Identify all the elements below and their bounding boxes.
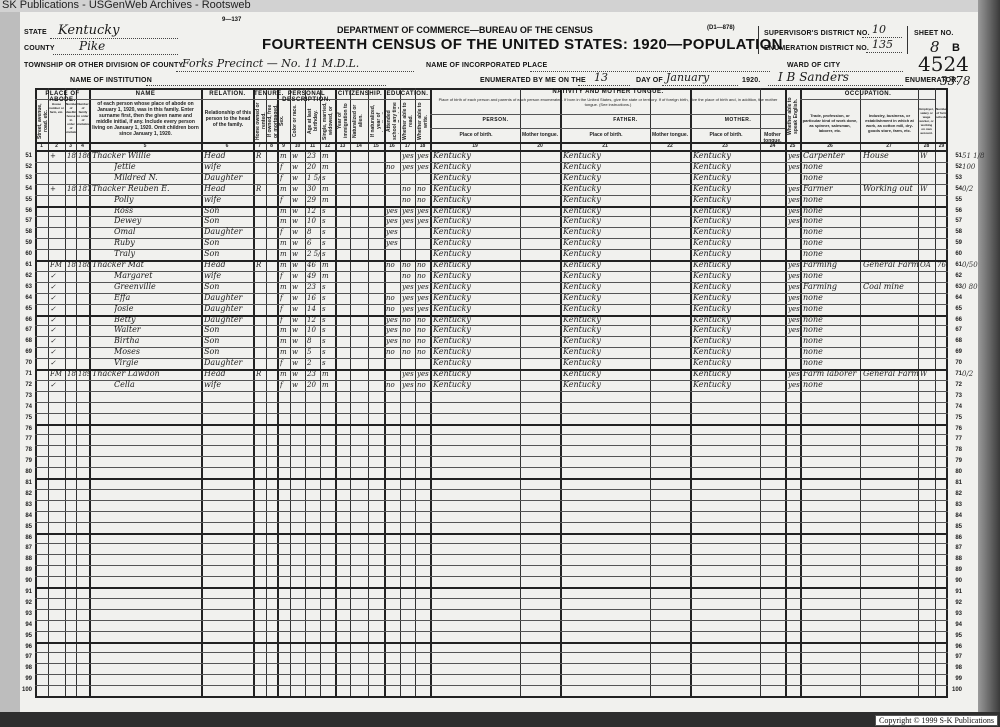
- cell-c16: yes: [386, 216, 400, 226]
- column-number: 28: [918, 143, 935, 149]
- col1-header: Street, avenue, road, etc.: [37, 102, 47, 140]
- grid-vline: [350, 88, 351, 698]
- grid-hline: [35, 99, 430, 100]
- grid-hline: [35, 598, 948, 599]
- cell-relation: Son: [204, 206, 253, 216]
- line-number-left: 96: [18, 644, 32, 650]
- cell-relation: Son: [204, 216, 253, 226]
- margin-annotation: 0/2: [962, 370, 973, 378]
- column-number: 17: [400, 143, 415, 149]
- line-number-right: 84: [948, 513, 962, 519]
- cell-trade: none: [803, 195, 860, 205]
- cell-name: Thacker Lawdon: [92, 369, 201, 379]
- cell-c28: W: [920, 369, 935, 379]
- cell-race: w: [292, 184, 305, 194]
- cell-mother_birth: Kentucky: [693, 238, 760, 248]
- cell-c16: no: [386, 380, 400, 390]
- grid-hline: [35, 478, 948, 480]
- cell-birth: Kentucky: [433, 173, 520, 183]
- grid-hline: [35, 663, 948, 664]
- grid-hline: [35, 445, 948, 446]
- cell-c17: yes: [402, 293, 415, 303]
- line-number-left: 76: [18, 426, 32, 432]
- enumerated-month-field: January: [662, 75, 738, 86]
- cell-sex: m: [280, 369, 290, 379]
- cell-industry: Coal mine: [863, 282, 918, 292]
- grid-vline: [860, 88, 861, 698]
- grid-hline: [35, 565, 948, 566]
- cell-mother_birth: Kentucky: [693, 315, 760, 325]
- grid-hline: [430, 128, 785, 129]
- grid-vline: [520, 88, 521, 698]
- cell-father_birth: Kentucky: [563, 260, 650, 270]
- col14-header: Naturalized or alien.: [352, 102, 366, 140]
- cell-age: 23: [307, 282, 320, 292]
- cell-mother_birth: Kentucky: [693, 151, 760, 161]
- cell-english: yes: [788, 304, 800, 314]
- cell-father_birth: Kentucky: [563, 216, 650, 226]
- form-number: 9—137: [222, 17, 241, 23]
- line-number-right: 91: [948, 589, 962, 595]
- line-number-left: 61: [18, 262, 32, 268]
- cell-father_birth: Kentucky: [563, 162, 650, 172]
- name-column-instructions: of each person whose place of abode on J…: [92, 101, 199, 137]
- line-number-right: 78: [948, 447, 962, 453]
- cell-c2: ✓: [50, 347, 65, 357]
- cell-marital: s: [322, 325, 335, 335]
- cell-c17: yes: [402, 380, 415, 390]
- cell-english: yes: [788, 325, 800, 335]
- line-number-right: 82: [948, 491, 962, 497]
- group-education: EDUCATION.: [385, 91, 430, 97]
- line-number-right: 58: [948, 229, 962, 235]
- township-label: Township or other division of county: [24, 62, 183, 69]
- cell-race: w: [292, 238, 305, 248]
- cell-relation: Head: [204, 184, 253, 194]
- cell-father_birth: Kentucky: [563, 315, 650, 325]
- cell-c2: FM: [50, 260, 65, 270]
- cell-birth: Kentucky: [433, 358, 520, 368]
- cell-c2: ✓: [50, 282, 65, 292]
- line-number-right: 80: [948, 469, 962, 475]
- cell-c17: no: [402, 260, 415, 270]
- cell-c2: ✓: [50, 293, 65, 303]
- line-number-right: 74: [948, 404, 962, 410]
- cell-english: yes: [788, 206, 800, 216]
- cell-sex: f: [280, 315, 290, 325]
- grid-vline: [785, 88, 787, 698]
- cell-birth: Kentucky: [433, 336, 520, 346]
- grid-vline: [277, 88, 279, 698]
- grid-hline: [35, 456, 948, 457]
- sheet-label: Sheet No.: [914, 30, 954, 37]
- line-number-left: 100: [18, 687, 32, 693]
- cell-birth: Kentucky: [433, 151, 520, 161]
- cell-sex: f: [280, 358, 290, 368]
- line-number-right: 57: [948, 218, 962, 224]
- cell-c17: yes: [402, 151, 415, 161]
- cell-c17: no: [402, 336, 415, 346]
- cell-relation: Son: [204, 249, 253, 259]
- cell-mother_birth: Kentucky: [693, 325, 760, 335]
- margin-annotation: 0/2: [962, 185, 973, 193]
- cell-mother_birth: Kentucky: [693, 336, 760, 346]
- grid-hline: [35, 696, 948, 698]
- cell-mother_birth: Kentucky: [693, 293, 760, 303]
- cell-c18: no: [417, 380, 430, 390]
- cell-mother_birth: Kentucky: [693, 227, 760, 237]
- cell-marital: s: [322, 249, 335, 259]
- cell-trade: none: [803, 173, 860, 183]
- cell-mother_birth: Kentucky: [693, 216, 760, 226]
- cell-father_birth: Kentucky: [563, 336, 650, 346]
- cell-race: w: [292, 260, 305, 270]
- column-number: 10: [290, 143, 305, 149]
- cell-c16: yes: [386, 206, 400, 216]
- cell-father_birth: Kentucky: [563, 151, 650, 161]
- grid-hline: [430, 114, 785, 115]
- line-number-right: 73: [948, 393, 962, 399]
- column-number: 13: [335, 143, 350, 149]
- line-number-right: 86: [948, 535, 962, 541]
- line-number-right: 93: [948, 611, 962, 617]
- cell-c16: no: [386, 347, 400, 357]
- line-number-left: 71: [18, 371, 32, 377]
- line-number-left: 73: [18, 393, 32, 399]
- column-number: 26: [800, 143, 860, 149]
- cell-english: yes: [788, 315, 800, 325]
- line-number-right: 53: [948, 175, 962, 181]
- cell-c4: 187: [78, 184, 89, 194]
- scan-edge-right: [978, 0, 1000, 727]
- line-number-left: 66: [18, 317, 32, 323]
- col11-header: Age at last birthday.: [307, 102, 319, 140]
- group-tenure: TENURE.: [254, 91, 277, 97]
- enumerated-year: 1920.: [742, 77, 761, 84]
- line-number-left: 85: [18, 524, 32, 530]
- grid-hline: [35, 533, 948, 535]
- col3-header: Number of dwelling house in order of vis…: [66, 102, 76, 140]
- column-number: 12: [320, 143, 335, 149]
- column-number: 19: [430, 143, 520, 149]
- grid-vline: [320, 88, 321, 698]
- cell-c2: ✓: [50, 315, 65, 325]
- ward-field: [833, 61, 903, 72]
- cell-birth: Kentucky: [433, 162, 520, 172]
- cell-marital: s: [322, 216, 335, 226]
- line-number-left: 60: [18, 251, 32, 257]
- cell-industry: General Farm: [863, 260, 918, 270]
- cell-c28: W: [920, 184, 935, 194]
- cell-relation: Son: [204, 238, 253, 248]
- line-number-left: 65: [18, 306, 32, 312]
- cell-trade: none: [803, 304, 860, 314]
- cell-father_birth: Kentucky: [563, 173, 650, 183]
- cell-c18: yes: [417, 282, 430, 292]
- cell-trade: none: [803, 162, 860, 172]
- line-number-right: 72: [948, 382, 962, 388]
- line-number-left: 64: [18, 295, 32, 301]
- cell-c7: R: [256, 369, 266, 379]
- grid-vline: [415, 88, 416, 698]
- cell-birth: Kentucky: [433, 347, 520, 357]
- grid-vline: [690, 88, 692, 698]
- cell-sex: m: [280, 347, 290, 357]
- line-number-left: 75: [18, 415, 32, 421]
- line-number-left: 77: [18, 436, 32, 442]
- line-number-left: 84: [18, 513, 32, 519]
- cell-sex: m: [280, 282, 290, 292]
- line-number-left: 59: [18, 240, 32, 246]
- column-number: 15: [368, 143, 384, 149]
- column-number: 4: [76, 143, 89, 149]
- grid-vline: [918, 88, 919, 698]
- col8-header: If owned, free or mortgaged.: [267, 102, 277, 140]
- cell-age: 10: [307, 216, 320, 226]
- grid-vline: [89, 88, 91, 698]
- group-citizenship: CITIZENSHIP.: [336, 91, 384, 97]
- cell-relation: Daughter: [204, 227, 253, 237]
- cell-age: 1 5/12: [307, 173, 320, 183]
- line-number-left: 79: [18, 458, 32, 464]
- line-number-left: 90: [18, 578, 32, 584]
- grid-hline: [35, 652, 948, 653]
- line-number-right: 85: [948, 524, 962, 530]
- grid-vline: [800, 88, 802, 698]
- cell-marital: m: [322, 151, 335, 161]
- cell-marital: m: [322, 260, 335, 270]
- cell-birth: Kentucky: [433, 227, 520, 237]
- cell-race: w: [292, 282, 305, 292]
- cell-c18: no: [417, 260, 430, 270]
- cell-english: yes: [788, 162, 800, 172]
- cell-english: yes: [788, 271, 800, 281]
- cell-c2: ✓: [50, 358, 65, 368]
- township-field: Forks Precinct — No. 11 M.D.L.: [176, 61, 414, 72]
- scan-edge-bottom: [0, 712, 1000, 727]
- cell-industry: House: [863, 151, 918, 161]
- cell-c18: no: [417, 271, 430, 281]
- cell-industry: General Farm: [863, 369, 918, 379]
- grid-hline: [35, 402, 948, 403]
- cell-trade: Farm laborer: [803, 369, 860, 379]
- supervisor-district-label: Supervisor's District No.: [764, 30, 870, 37]
- cell-race: w: [292, 151, 305, 161]
- line-number-left: 98: [18, 665, 32, 671]
- cell-c2: +: [50, 184, 65, 194]
- margin-annotation: 0 80: [962, 283, 978, 291]
- cell-c17: yes: [402, 162, 415, 172]
- line-number-right: 92: [948, 600, 962, 606]
- cell-c16: yes: [386, 336, 400, 346]
- cell-english: yes: [788, 260, 800, 270]
- col19-header: Place of birth.: [433, 132, 519, 138]
- cell-c18: yes: [417, 206, 430, 216]
- cell-marital: s: [322, 293, 335, 303]
- cell-sex: f: [280, 173, 290, 183]
- grid-vline: [266, 88, 267, 698]
- column-number: 5: [89, 143, 201, 149]
- grid-hline: [35, 631, 948, 632]
- column-number: 23: [690, 143, 760, 149]
- cell-father_birth: Kentucky: [563, 184, 650, 194]
- cell-name: Thacker Willie: [92, 151, 201, 161]
- column-number: 29: [935, 143, 948, 149]
- cell-c18: yes: [417, 293, 430, 303]
- county-label: County: [24, 45, 55, 52]
- cell-c2: FM: [50, 369, 65, 379]
- cell-c2: ✓: [50, 304, 65, 314]
- column-number: 24: [760, 143, 785, 149]
- grid-hline: [35, 620, 948, 621]
- cell-father_birth: Kentucky: [563, 206, 650, 216]
- col26-header: Trade, profession, or particular kind of…: [802, 113, 858, 133]
- line-number-right: 90: [948, 578, 962, 584]
- cell-age: 2: [307, 358, 320, 368]
- cell-industry: Working out: [863, 184, 918, 194]
- column-number: 11: [305, 143, 320, 149]
- cell-birth: Kentucky: [433, 184, 520, 194]
- cell-c17: yes: [402, 282, 415, 292]
- cell-c16: no: [386, 304, 400, 314]
- cell-mother_birth: Kentucky: [693, 347, 760, 357]
- col22-header: Mother tongue.: [651, 132, 689, 138]
- state-field: Kentucky: [50, 28, 178, 39]
- cell-mother_birth: Kentucky: [693, 282, 760, 292]
- cell-age: 5: [307, 347, 320, 357]
- cell-c17: no: [402, 271, 415, 281]
- grid-vline: [760, 88, 761, 698]
- cell-age: 46: [307, 260, 320, 270]
- cell-marital: s: [322, 282, 335, 292]
- cell-race: w: [292, 293, 305, 303]
- cell-c28: OA: [920, 260, 935, 270]
- line-number-left: 68: [18, 338, 32, 344]
- cell-trade: none: [803, 249, 860, 259]
- cell-marital: s: [322, 238, 335, 248]
- cell-birth: Kentucky: [433, 380, 520, 390]
- cell-sex: m: [280, 325, 290, 335]
- line-number-right: 55: [948, 197, 962, 203]
- enumeration-district-field: 135: [866, 42, 902, 53]
- grid-vline: [305, 88, 306, 698]
- line-number-left: 53: [18, 175, 32, 181]
- stamp-number: 4524: [918, 52, 969, 76]
- cell-c7: R: [256, 260, 266, 270]
- cell-relation: Head: [204, 260, 253, 270]
- group-name: NAME: [90, 91, 201, 97]
- line-number-right: 77: [948, 436, 962, 442]
- cell-c18: no: [417, 315, 430, 325]
- cell-father_birth: Kentucky: [563, 249, 650, 259]
- cell-age: 6: [307, 238, 320, 248]
- cell-sex: m: [280, 336, 290, 346]
- copyright-notice: Copyright © 1999 S-K Publications: [875, 715, 998, 726]
- column-number: 7: [253, 143, 266, 149]
- enumerated-day-field: 13: [578, 75, 630, 86]
- cell-age: 2 5/12: [307, 249, 320, 259]
- line-number-left: 58: [18, 229, 32, 235]
- cell-c3: 187: [67, 260, 76, 270]
- line-number-right: 63: [948, 284, 962, 290]
- cell-marital: m: [322, 184, 335, 194]
- grid-vline: [560, 88, 562, 698]
- cell-c18: yes: [417, 162, 430, 172]
- line-number-left: 52: [18, 164, 32, 170]
- incorporated-place-field: [530, 61, 770, 72]
- cell-birth: Kentucky: [433, 195, 520, 205]
- cell-sex: f: [280, 293, 290, 303]
- grid-hline: [35, 642, 948, 644]
- line-number-right: 79: [948, 458, 962, 464]
- cell-mother_birth: Kentucky: [693, 195, 760, 205]
- col9-header: Sex.: [279, 102, 289, 140]
- cell-mother_birth: Kentucky: [693, 271, 760, 281]
- cell-sex: m: [280, 184, 290, 194]
- group-father: FATHER.: [561, 117, 690, 123]
- cell-c16: yes: [386, 238, 400, 248]
- cell-age: 8: [307, 336, 320, 346]
- cell-race: w: [292, 195, 305, 205]
- line-number-left: 54: [18, 186, 32, 192]
- cell-birth: Kentucky: [433, 304, 520, 314]
- column-number: 3: [65, 143, 76, 149]
- line-number-right: 97: [948, 654, 962, 660]
- cell-c2: ✓: [50, 380, 65, 390]
- cell-trade: none: [803, 293, 860, 303]
- group-relation: RELATION.: [202, 91, 253, 97]
- cell-mother_birth: Kentucky: [693, 369, 760, 379]
- grid-vline: [290, 88, 291, 698]
- cell-c3: 188: [67, 369, 76, 379]
- column-number: 8: [266, 143, 277, 149]
- line-number-right: 54: [948, 186, 962, 192]
- cell-age: 14: [307, 304, 320, 314]
- cell-c18: no: [417, 195, 430, 205]
- line-number-left: 80: [18, 469, 32, 475]
- col25-header: Whether able to speak English.: [787, 92, 799, 140]
- cell-trade: none: [803, 271, 860, 281]
- column-number: 14: [350, 143, 368, 149]
- cell-mother_birth: Kentucky: [693, 380, 760, 390]
- grid-hline: [35, 467, 948, 468]
- cell-c2: ✓: [50, 325, 65, 335]
- grid-vline: [76, 88, 77, 698]
- stamp-number-2: 3378: [940, 74, 971, 88]
- col2-header: House number or farm, etc.: [49, 102, 64, 140]
- column-number: 22: [650, 143, 690, 149]
- line-number-left: 62: [18, 273, 32, 279]
- cell-trade: none: [803, 216, 860, 226]
- col7-header: Home owned or rented.: [255, 102, 265, 140]
- cell-birth: Kentucky: [433, 238, 520, 248]
- cell-c17: yes: [402, 369, 415, 379]
- grid-hline: [35, 413, 948, 414]
- line-number-right: 69: [948, 349, 962, 355]
- grid-vline: [384, 88, 386, 698]
- grid-hline: [35, 543, 948, 544]
- cell-sex: f: [280, 227, 290, 237]
- grid-hline: [35, 434, 948, 435]
- margin-annotation: 100: [962, 163, 975, 171]
- line-number-right: 62: [948, 273, 962, 279]
- line-number-right: 61: [948, 262, 962, 268]
- cell-age: 49: [307, 271, 320, 281]
- line-number-left: 74: [18, 404, 32, 410]
- cell-relation: Daughter: [204, 173, 253, 183]
- cell-age: 30: [307, 184, 320, 194]
- line-number-left: 86: [18, 535, 32, 541]
